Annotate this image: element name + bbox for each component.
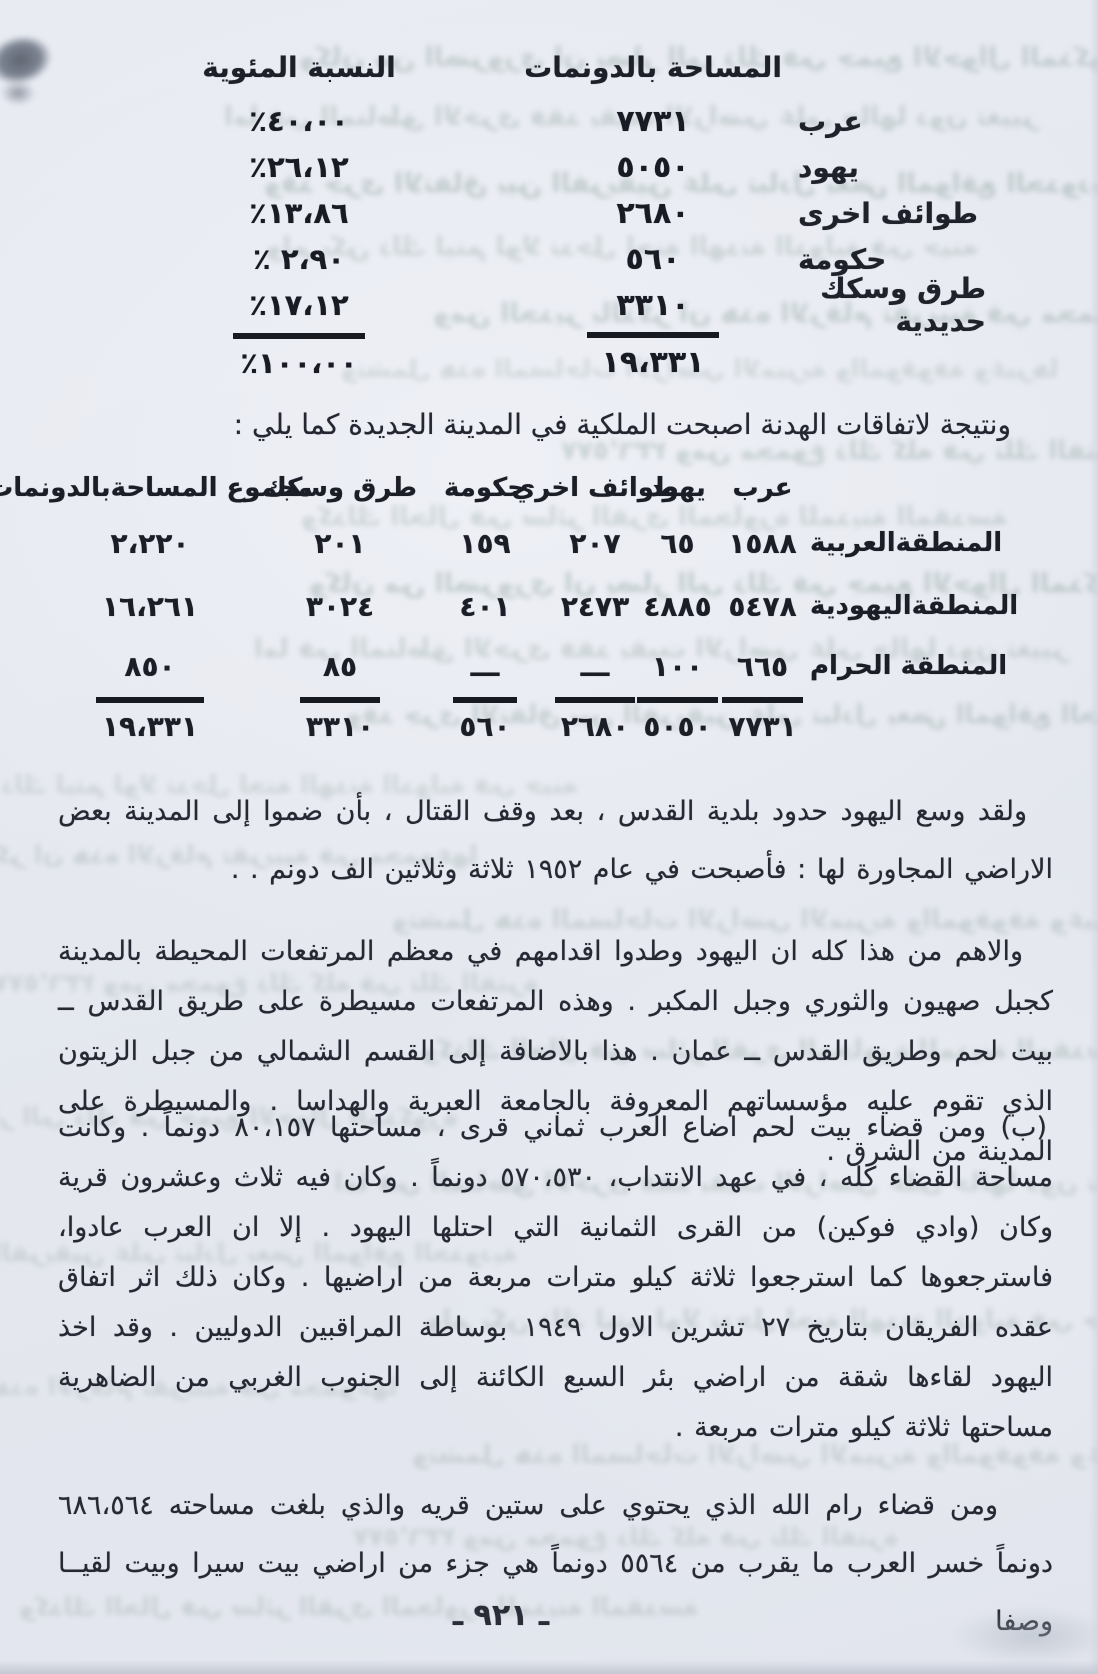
table2-total: ٧٧٣١	[715, 692, 810, 748]
table2-value: ١٥٩	[420, 514, 550, 572]
table2-value: ٢،٢٢٠	[40, 514, 260, 572]
table2-col-header: مجموع المساحةبالدونمات	[40, 462, 260, 514]
table1-row-label: يهود	[798, 144, 1098, 190]
table2-value: ٥٤٧٨	[715, 572, 810, 640]
table1-row-label: عرب	[798, 98, 1098, 144]
table1-area-value: ٧٧٣١	[418, 98, 798, 144]
table2-row-label: المنطقة الحرام	[810, 640, 1098, 692]
table1-pct-total: ١٠٠،٠٠٪	[0, 328, 418, 384]
table2-total-spacer	[810, 692, 1098, 748]
table2-value: ٤٠١	[420, 572, 550, 640]
table1-area-value: ٥٦٠	[418, 236, 798, 282]
table2-dash: ـــ	[420, 640, 550, 692]
zone-ownership-table: عرب يهود طوائف اخري حكومة طرق وسكك مجموع…	[40, 462, 1098, 748]
table2-value: ٣٠٢٤	[260, 572, 420, 640]
table2-row-label: المنطقةالعربية	[810, 514, 1098, 572]
table1-percentage-header: النسبة المئوية	[0, 36, 418, 98]
table2-total: ٢٦٨٠	[550, 692, 640, 748]
intro-sentence: ونتيجة لاتفاقات الهدنة اصبحت الملكية في …	[110, 408, 1053, 441]
table1-row-label: طوائف اخرى	[798, 190, 1098, 236]
table2-total: ١٩،٣٣١	[40, 692, 260, 748]
table1-pct-value: ٢،٩٠ ٪	[0, 236, 418, 282]
table2-dash: ـــ	[550, 640, 640, 692]
table2-col-header: طوائف اخري	[550, 462, 640, 514]
table2-value: ٦٥	[640, 514, 715, 572]
table1-area-header: المساحة بالدونمات	[418, 36, 798, 98]
table1-area-total: ١٩،٣٣١	[418, 328, 798, 384]
table2-value: ٨٥	[260, 640, 420, 692]
paragraph-city-expansion: ولقد وسع اليهود حدود بلدية القدس ، بعد و…	[58, 783, 1053, 899]
table2-value: ٢٤٧٣	[550, 572, 640, 640]
table2-value: ١٦،٢٦١	[40, 572, 260, 640]
table2-value: ٢٠١	[260, 514, 420, 572]
table1-pct-value: ٢٦،١٢٪	[0, 144, 418, 190]
table2-col-header: حكومة	[420, 462, 550, 514]
table2-total: ٥٠٥٠	[640, 692, 715, 748]
scan-edge-shade	[1089, 0, 1098, 1674]
table2-value: ٨٥٠	[40, 640, 260, 692]
table2-value: ٦٦٥	[715, 640, 810, 692]
table2-value: ١٠٠	[640, 640, 715, 692]
table2-col-header: عرب	[715, 462, 810, 514]
table1-row-label: طرق وسكك حديدية	[798, 282, 1098, 328]
scanned-document-page: وكان من الضروري ان يصار الى ذلك في جميع …	[0, 0, 1098, 1674]
paragraph-bethlehem-district: (ب) ومن قضاء بيت لحم اضاع العرب ثماني قر…	[58, 1103, 1053, 1453]
table1-pct-value: ١٧،١٢٪	[0, 282, 418, 328]
table1-pct-value: ١٣،٨٦٪	[0, 190, 418, 236]
page-number: ـ ٩٢١ ـ	[0, 1598, 1002, 1633]
table1-area-value: ٣٣١٠	[418, 282, 798, 328]
table2-value: ١٥٨٨	[715, 514, 810, 572]
area-percentage-table: المساحة بالدونمات النسبة المئوية عرب ٧٧٣…	[0, 36, 1098, 384]
table2-header-spacer	[810, 462, 1098, 514]
scan-edge-shade	[0, 1660, 1098, 1674]
table2-value: ٤٨٨٥	[640, 572, 715, 640]
scan-smudge	[942, 1604, 1098, 1668]
table2-row-label: المنطقةاليهودية	[810, 572, 1098, 640]
table2-value: ٢٠٧	[550, 514, 640, 572]
table1-area-value: ٥٠٥٠	[418, 144, 798, 190]
table2-total: ٣٣١٠	[260, 692, 420, 748]
table1-total-spacer	[798, 328, 1098, 384]
table1-header-spacer	[798, 36, 1098, 98]
table1-pct-value: ٤٠،٠٠٪	[0, 98, 418, 144]
table1-area-value: ٢٦٨٠	[418, 190, 798, 236]
table2-total: ٥٦٠	[420, 692, 550, 748]
